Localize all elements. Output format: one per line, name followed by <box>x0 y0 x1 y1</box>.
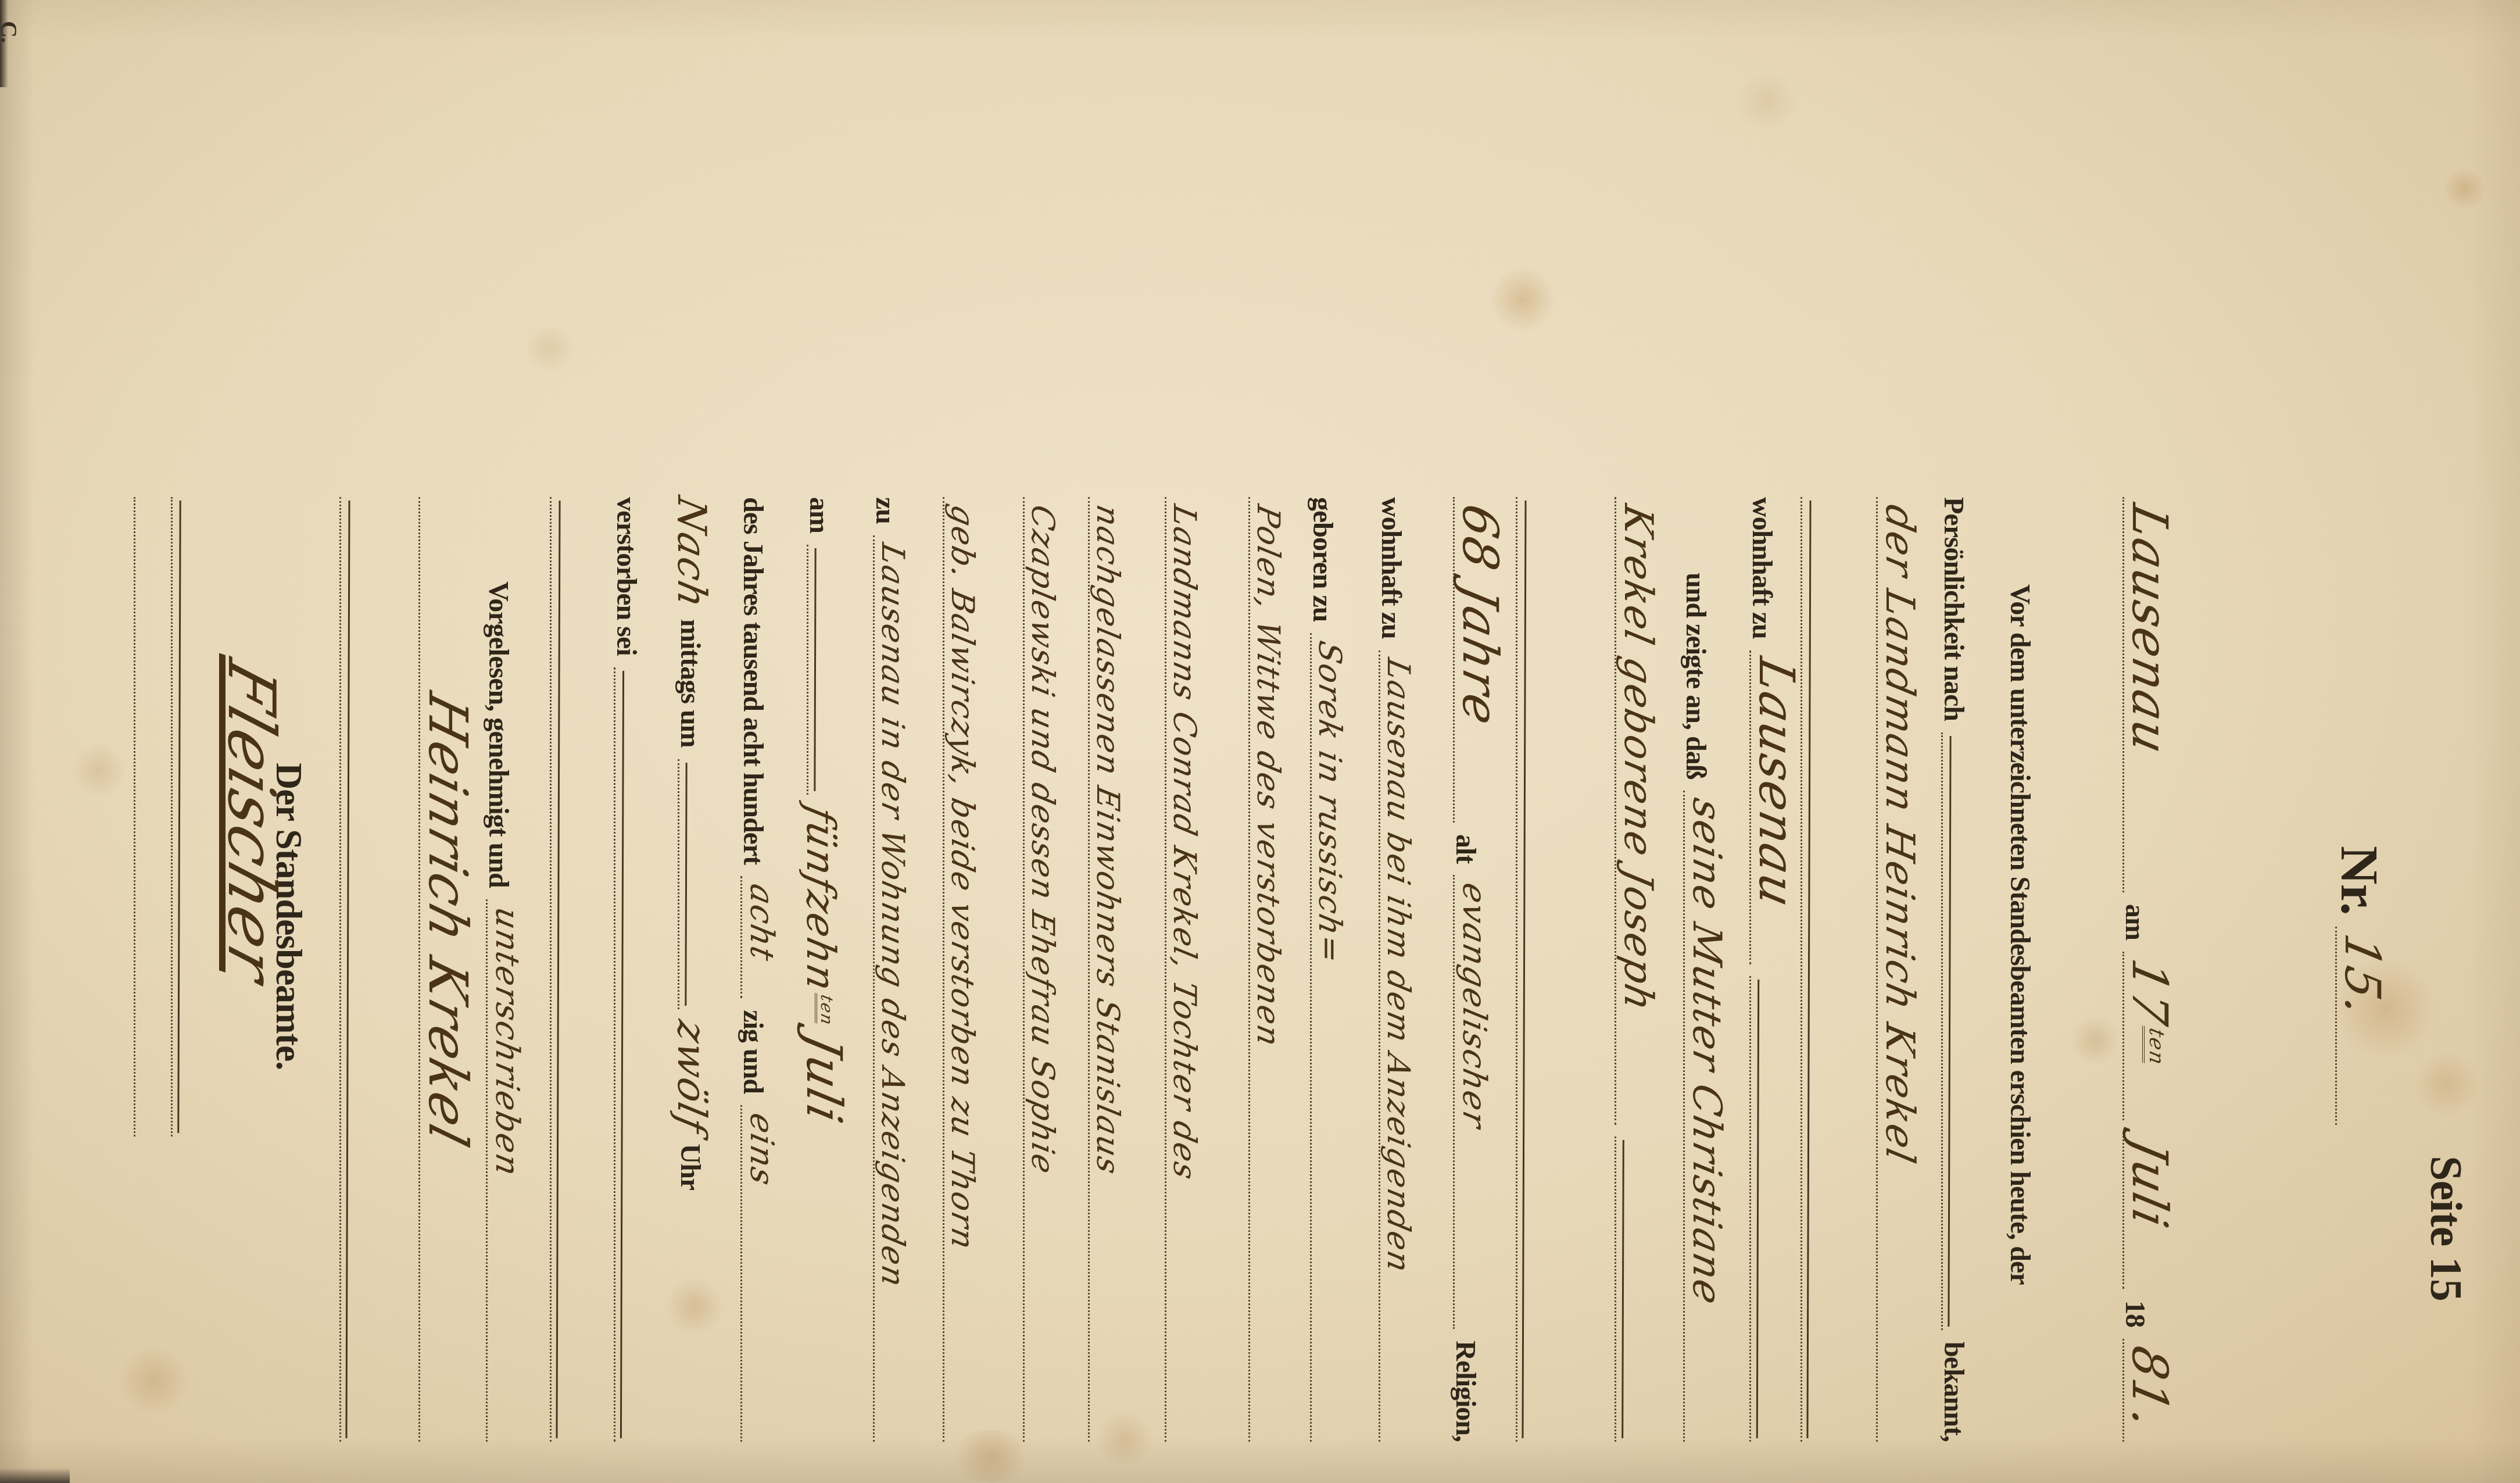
line-vorgelesen: Vorgelesen, genehmigt undunterschrieben <box>480 581 536 1442</box>
date-line-seg-5: 81. <box>2122 1339 2130 1442</box>
line-blank-1-seg-0 <box>1800 497 1808 1442</box>
line-persoenlichkeit-seg-0: Persönlichkeit nach <box>1935 497 1967 721</box>
line-vorgelesen-seg-1: unterschrieben <box>486 899 493 1442</box>
line-verstorben-seg-0: verstorben sei <box>608 497 639 656</box>
line-sterbeort: zuLausenau in der Wohnung des Anzeigende… <box>867 497 923 1442</box>
line-sterbeort-seg-1: Lausenau in der Wohnung des Anzeigenden <box>873 535 880 1442</box>
line-sterbezeit-seg-4: Uhr <box>672 1143 703 1190</box>
entry-number: Nr.15. <box>2329 846 2385 1125</box>
line-sterbezeit: Nachmittags umzwölfUhr <box>672 497 728 1442</box>
date-line-seg-1: am <box>2117 904 2148 940</box>
line-wohnhaft-2-seg-1: Lausenau bei ihm dem Anzeigenden <box>1379 651 1386 1442</box>
entry-number-seg-1: 15. <box>2335 927 2343 1125</box>
line-geborene-seg-0: Krekel geborene Joseph <box>1615 497 1622 1125</box>
line-geborene-seg-1 <box>1615 1137 1622 1442</box>
line-sterbetag-seg-1 <box>807 545 814 795</box>
line-sterbejahr-seg-3: eins <box>740 1105 748 1442</box>
line-blank-6-seg-0 <box>134 497 141 1137</box>
line-detail-3: nachgelassenen Einwohners Stanislaus <box>1082 497 1138 1442</box>
line-sterbetag-seg-3: Juli <box>801 1031 843 1127</box>
line-sterbetag-seg-2: fünfzehnten <box>801 803 836 1028</box>
line-sterbejahr: des Jahres tausend acht hundertachtzig u… <box>735 497 790 1442</box>
line-anzeige: und zeigte an, daßseine Mutter Christian… <box>1677 573 1733 1442</box>
line-sterbetag: amfünfzehntenJuli <box>801 497 857 1442</box>
paper-edge <box>0 0 8 87</box>
photo-of-register-page: Seite 15Nr.15.Lausenauam17tenJuli1881.Vo… <box>0 0 2520 1483</box>
line-alter-seg-2: evangelischer <box>1453 875 1461 1329</box>
document-page: Seite 15Nr.15.Lausenauam17tenJuli1881.Vo… <box>0 0 2520 1483</box>
line-wohnhaft-1: wohnhaft zuLausenau <box>1744 497 1799 1442</box>
line-sterbezeit-seg-0: Nach <box>672 494 707 612</box>
line-alter-seg-0: 68 Jahre <box>1453 497 1461 823</box>
line-informant-name-seg-0: der Landmann Heinrich Krekel <box>1876 497 1884 1442</box>
line-blank-2-seg-0 <box>1516 497 1523 1442</box>
paper-edge <box>0 1468 70 1483</box>
line-persoenlichkeit-seg-1 <box>1941 732 1949 1330</box>
line-detail-3-seg-0: nachgelassenen Einwohners Stanislaus <box>1088 497 1096 1442</box>
date-line-seg-3: Juli <box>2122 1132 2130 1289</box>
signature-informant: Heinrich Krekel <box>413 497 468 1442</box>
line-blank-3-seg-0 <box>550 497 557 1442</box>
line-geboren-seg-0: geboren zu <box>1304 497 1336 621</box>
line-blank-4-seg-0 <box>339 497 347 1442</box>
line-wohnhaft-2: wohnhaft zuLausenau bei ihm dem Anzeigen… <box>1373 497 1429 1442</box>
line-sterbeort-seg-0: zu <box>867 497 899 524</box>
line-wohnhaft-2-seg-0: wohnhaft zu <box>1373 497 1404 639</box>
line-geboren-seg-1: Sorek in russisch= <box>1310 633 1318 1442</box>
line-sterbetag-seg-0: am <box>801 497 832 533</box>
signature-official-seg-0: Fleischer <box>221 653 277 989</box>
page-number-seg-0: Seite 15 <box>2420 1156 2468 1301</box>
date-line: Lausenauam17tenJuli1881. <box>2117 497 2172 1442</box>
entry-number-seg-0: Nr. <box>2329 846 2385 915</box>
line-alter-seg-3: Religion, <box>1447 1341 1479 1442</box>
line-verstorben: verstorben sei <box>608 497 664 1442</box>
line-erschien: Vor dem unterzeichneten Standesbeamten e… <box>2002 584 2057 1442</box>
line-persoenlichkeit-seg-2: bekannt, <box>1935 1342 1967 1442</box>
date-line-seg-2: 17ten <box>2122 952 2130 1120</box>
line-detail-4-seg-0: Czaplewski und dessen Ehefrau Sophie <box>1023 497 1030 1442</box>
line-geborene: Krekel geborene Joseph <box>1609 497 1665 1442</box>
line-detail-4: Czaplewski und dessen Ehefrau Sophie <box>1017 497 1073 1442</box>
date-line-seg-4: 18 <box>2117 1300 2148 1327</box>
line-sterbezeit-seg-1: mittags um <box>672 619 703 748</box>
line-anzeige-seg-1: seine Mutter Christiane <box>1683 791 1691 1442</box>
line-vorgelesen-seg-0: Vorgelesen, genehmigt und <box>480 581 511 888</box>
line-alter-seg-1: alt <box>1447 834 1479 863</box>
line-detail-1-seg-0: Polen, Wittwe des verstorbenen <box>1248 497 1256 1442</box>
line-erschien-seg-0: Vor dem unterzeichneten Standesbeamten e… <box>2002 584 2033 1285</box>
line-verstorben-seg-1 <box>614 667 621 1442</box>
line-blank-1 <box>1795 497 1850 1442</box>
line-sterbejahr-seg-2: zig und <box>735 1010 766 1094</box>
line-detail-5-seg-0: geb. Balwirczyk, beide verstorben zu Tho… <box>943 497 950 1442</box>
line-detail-5: geb. Balwirczyk, beide verstorben zu Tho… <box>937 497 993 1442</box>
signature-official: Fleischer <box>221 663 277 1070</box>
line-blank-2 <box>1510 497 1566 1442</box>
line-blank-6 <box>128 497 184 1137</box>
line-sterbejahr-seg-0: des Jahres tausend acht hundert <box>735 497 766 864</box>
line-sterbezeit-seg-2 <box>678 759 685 1009</box>
line-detail-2: Landmanns Conrad Krekel, Tochter des <box>1159 497 1215 1442</box>
line-geboren: geboren zuSorek in russisch= <box>1304 497 1360 1442</box>
line-blank-4 <box>334 497 389 1442</box>
line-sterbejahr-seg-1: acht <box>740 876 748 998</box>
line-persoenlichkeit: Persönlichkeit nachbekannt, <box>1935 497 1991 1442</box>
page-number: Seite 15 <box>2420 1156 2476 1458</box>
line-blank-3 <box>544 497 600 1442</box>
line-wohnhaft-1-seg-2 <box>1749 976 1757 1442</box>
line-anzeige-seg-0: und zeigte an, daß <box>1677 573 1709 779</box>
line-informant-name: der Landmann Heinrich Krekel <box>1870 497 1926 1442</box>
line-sterbezeit-seg-3: zwölf <box>672 1017 707 1136</box>
signature-informant-seg-0: Heinrich Krekel <box>418 497 426 1442</box>
line-alter: 68 JahrealtevangelischerReligion, <box>1447 497 1503 1442</box>
line-detail-1: Polen, Wittwe des verstorbenen <box>1243 497 1298 1442</box>
line-detail-2-seg-0: Landmanns Conrad Krekel, Tochter des <box>1165 497 1172 1442</box>
line-wohnhaft-1-seg-1: Lausenau <box>1749 651 1757 964</box>
date-line-seg-0: Lausenau <box>2122 497 2130 892</box>
line-wohnhaft-1-seg-0: wohnhaft zu <box>1744 497 1775 639</box>
